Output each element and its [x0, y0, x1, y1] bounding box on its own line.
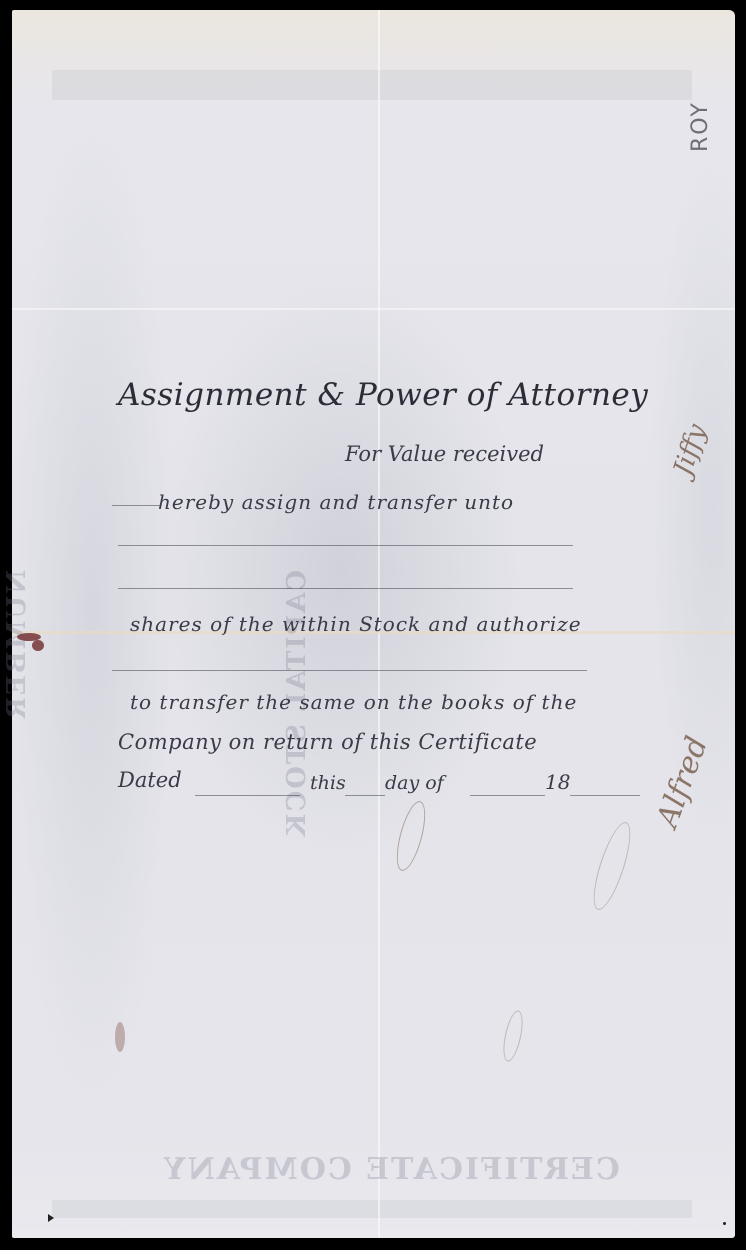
blank-line-place	[195, 795, 300, 796]
form-line-shares: shares of the within Stock and authorize	[130, 612, 582, 636]
form-line-value-received: For Value received	[345, 442, 544, 466]
blank-line-assignee-1	[118, 545, 573, 546]
corner-dot-mark	[723, 1222, 726, 1225]
blank-line-attorney	[112, 670, 587, 671]
dated-label: Dated	[118, 768, 182, 792]
blank-line-assignee-2	[118, 588, 573, 589]
form-line-transfer-books: to transfer the same on the books of the	[130, 690, 577, 714]
day-of-label: day of	[385, 772, 444, 794]
ink-stain	[115, 1022, 125, 1052]
form-line-assign-transfer: hereby assign and transfer unto	[158, 490, 514, 514]
blank-line-day	[345, 795, 385, 796]
corner-arrow-mark	[48, 1214, 54, 1222]
blank-line-year	[570, 795, 640, 796]
ink-stain	[32, 640, 44, 651]
form-line-company-return: Company on return of this Certificate	[118, 730, 537, 754]
bleed-through-text-bottom: CERTIFICATE COMPANY	[162, 1152, 620, 1187]
form-title: Assignment & Power of Attorney	[118, 377, 648, 413]
bleed-through-text-left: NUMBER	[2, 570, 32, 721]
bleed-through-band-bottom	[52, 1200, 692, 1218]
year-prefix: 18	[545, 770, 570, 794]
this-label: this	[310, 772, 346, 794]
blank-line-month	[470, 795, 545, 796]
blank-line-assignor	[112, 505, 160, 506]
corner-annotation: ROY	[688, 101, 713, 152]
bleed-through-band-top	[52, 70, 692, 100]
horizontal-fold-line	[12, 308, 735, 310]
